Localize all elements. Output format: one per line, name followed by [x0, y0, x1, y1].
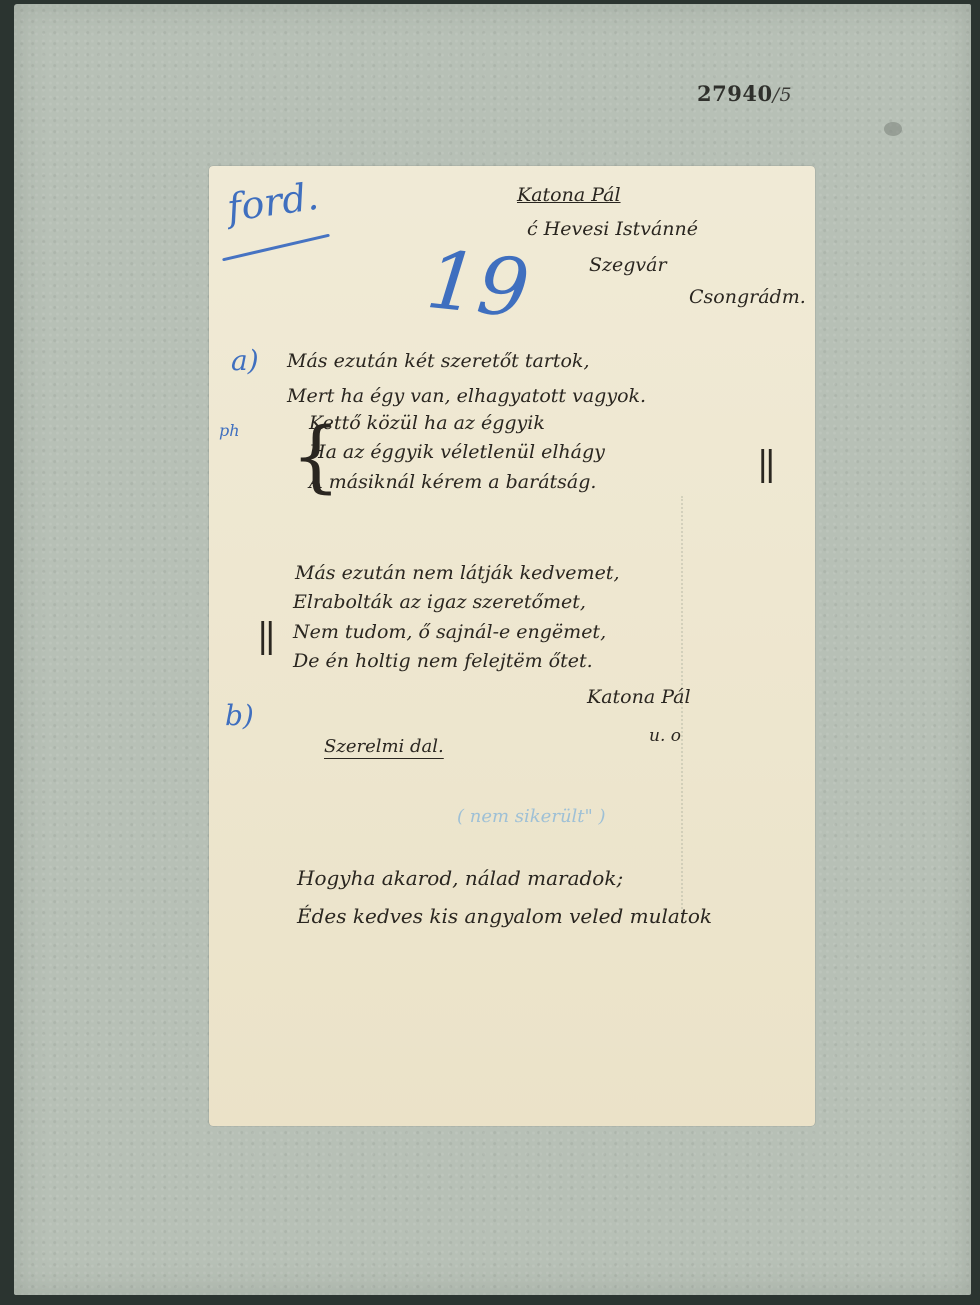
section-a-signature: Katona Pál [587, 686, 691, 708]
stanza-2-line-4: De én holtig nem felejtëm őtet. [293, 650, 593, 672]
manuscript-sheet: ford. 19 Katona Pál ć Hevesi Istvánné Sz… [209, 166, 815, 1126]
header-address-line-2: Szegvár [589, 254, 667, 276]
margin-note-ford: ford. [224, 174, 321, 230]
stanza-2-line-1: Más ezután nem látják kedvemet, [295, 562, 619, 584]
stanza-1-line-3: Kettő közül ha az éggyik [309, 412, 545, 434]
header-address-line-1: ć Hevesi Istvánné [527, 218, 698, 240]
stanza-1-line-4: Ha az éggyik véletlenül elhágy [309, 441, 605, 463]
section-a-label: a) [231, 344, 259, 377]
board-stain [884, 122, 902, 136]
catalog-number-suffix: /5 [773, 84, 793, 106]
section-a-side-mark: ph [219, 421, 240, 440]
section-b-pencil-note: ( nem sikerült" ) [457, 806, 606, 827]
stanza-1-line-5: A másiknál kérem a barátság. [309, 471, 596, 493]
catalog-number-main: 27940 [697, 81, 773, 106]
margin-note-underline [222, 234, 330, 262]
repeat-mark-right: || [757, 444, 772, 484]
section-a-signature-note: u. o [649, 726, 681, 746]
section-b-title: Szerelmi dal. [324, 736, 444, 757]
section-b-label: b) [225, 699, 254, 732]
catalog-number: 27940/5 [697, 81, 792, 106]
item-number: 19 [422, 233, 533, 336]
stanza-2-line-3: Nem tudom, ő sajnál-e engëmet, [293, 621, 606, 643]
repeat-mark-left: || [257, 616, 272, 656]
stanza-1-line-2: Mert ha égy van, elhagyatott vagyok. [287, 385, 646, 407]
stanza-1-line-1: Más ezután két szeretőt tartok, [287, 350, 590, 372]
section-b-line-2: Édes kedves kis angyalom veled mulatok [297, 904, 712, 928]
header-author: Katona Pál [517, 184, 621, 206]
section-b-line-1: Hogyha akarod, nálad maradok; [297, 866, 623, 890]
stanza-2-line-2: Elrabolták az igaz szeretőmet, [293, 591, 586, 613]
header-address-line-3: Csongrádm. [689, 286, 806, 308]
